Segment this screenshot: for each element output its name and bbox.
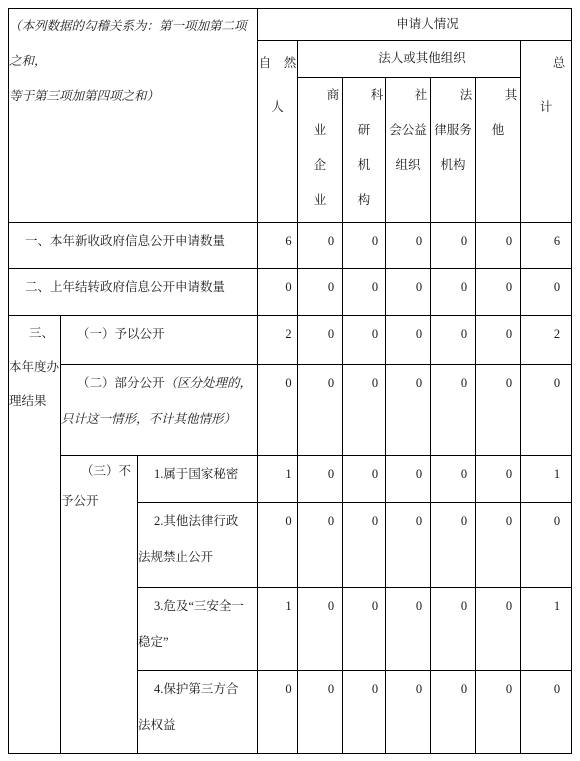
- refused-sub-three-safety: 3.危及“三安全一 稳定”: [138, 588, 258, 671]
- value-cell: 0: [431, 365, 476, 456]
- value-cell: 0: [298, 365, 343, 456]
- value-cell: 0: [386, 503, 431, 588]
- value-cell: 0: [386, 223, 431, 269]
- header-org-type-legal-service: 法 律服务 机构: [431, 78, 476, 223]
- value-cell: 0: [431, 671, 476, 754]
- value-cell: 1: [521, 456, 572, 503]
- header-org-type-other: 其 他: [476, 78, 521, 223]
- value-cell: 1: [258, 588, 298, 671]
- value-cell: 0: [431, 588, 476, 671]
- value-cell: 0: [521, 269, 572, 316]
- value-cell: 0: [258, 671, 298, 754]
- header-org-type-commercial: 商 业 企 业: [298, 78, 343, 223]
- value-cell: 0: [258, 269, 298, 316]
- value-cell: 0: [431, 316, 476, 365]
- value-cell: 0: [476, 316, 521, 365]
- header-total: 总计: [521, 41, 572, 223]
- note-cell: （本列数据的勾稽关系为：第一项加第二项之和， 等于第三项加第四项之和）: [9, 9, 258, 223]
- row-label-carried-over: 二、上年结转政府信息公开申请数量: [9, 269, 258, 316]
- value-cell: 0: [343, 365, 386, 456]
- value-cell: 0: [298, 223, 343, 269]
- value-cell: 0: [386, 671, 431, 754]
- value-cell: 0: [386, 456, 431, 503]
- report-page: （本列数据的勾稽关系为：第一项加第二项之和， 等于第三项加第四项之和） 申请人情…: [0, 0, 580, 761]
- section3-item-partial: （二）部分公开（区分处理的，只计这一情形，不计其他情形）: [61, 365, 258, 456]
- value-cell: 0: [258, 365, 298, 456]
- value-cell: 0: [431, 503, 476, 588]
- value-cell: 0: [386, 316, 431, 365]
- value-cell: 6: [521, 223, 572, 269]
- refused-sub-law-forbidden: 2.其他法律行政 法规禁止公开: [138, 503, 258, 588]
- value-cell: 0: [258, 503, 298, 588]
- partial-label: （二）部分公开: [77, 376, 165, 390]
- value-cell: 1: [258, 456, 298, 503]
- header-natural-person: 自 然 人: [258, 41, 298, 223]
- value-cell: 0: [431, 456, 476, 503]
- value-cell: 1: [521, 588, 572, 671]
- value-cell: 0: [298, 456, 343, 503]
- value-cell: 0: [298, 269, 343, 316]
- value-cell: 0: [343, 269, 386, 316]
- section3-label: 三、 本年度办 理结果: [9, 316, 61, 754]
- header-applicant-title: 申请人情况: [258, 9, 572, 41]
- disclosure-table: （本列数据的勾稽关系为：第一项加第二项之和， 等于第三项加第四项之和） 申请人情…: [8, 8, 572, 754]
- value-cell: 2: [521, 316, 572, 365]
- value-cell: 2: [258, 316, 298, 365]
- value-cell: 6: [258, 223, 298, 269]
- value-cell: 0: [343, 588, 386, 671]
- value-cell: 0: [476, 456, 521, 503]
- value-cell: 0: [476, 588, 521, 671]
- value-cell: 0: [298, 671, 343, 754]
- value-cell: 0: [476, 503, 521, 588]
- value-cell: 0: [343, 671, 386, 754]
- header-org-type-research: 科 研 机 构: [343, 78, 386, 223]
- value-cell: 0: [476, 223, 521, 269]
- value-cell: 0: [476, 365, 521, 456]
- value-cell: 0: [386, 269, 431, 316]
- value-cell: 0: [298, 588, 343, 671]
- value-cell: 0: [298, 316, 343, 365]
- header-org-type-public-welfare: 社 会公益 组织: [386, 78, 431, 223]
- value-cell: 0: [298, 503, 343, 588]
- value-cell: 0: [431, 269, 476, 316]
- header-legal-org: 法人或其他组织: [298, 41, 521, 78]
- value-cell: 0: [431, 223, 476, 269]
- refused-sub-state-secret: 1.属于国家秘密: [138, 456, 258, 503]
- value-cell: 0: [343, 316, 386, 365]
- value-cell: 0: [476, 269, 521, 316]
- row-label-new-requests: 一、本年新收政府信息公开申请数量: [9, 223, 258, 269]
- value-cell: 0: [521, 503, 572, 588]
- value-cell: 0: [521, 671, 572, 754]
- value-cell: 0: [386, 588, 431, 671]
- value-cell: 0: [343, 223, 386, 269]
- section3-item-refused: （三）不 予公开: [61, 456, 138, 754]
- value-cell: 0: [386, 365, 431, 456]
- value-cell: 0: [343, 503, 386, 588]
- value-cell: 0: [343, 456, 386, 503]
- section3-item-disclosed: （一）予以公开: [61, 316, 258, 365]
- value-cell: 0: [521, 365, 572, 456]
- value-cell: 0: [476, 671, 521, 754]
- refused-sub-third-party: 4.保护第三方合 法权益: [138, 671, 258, 754]
